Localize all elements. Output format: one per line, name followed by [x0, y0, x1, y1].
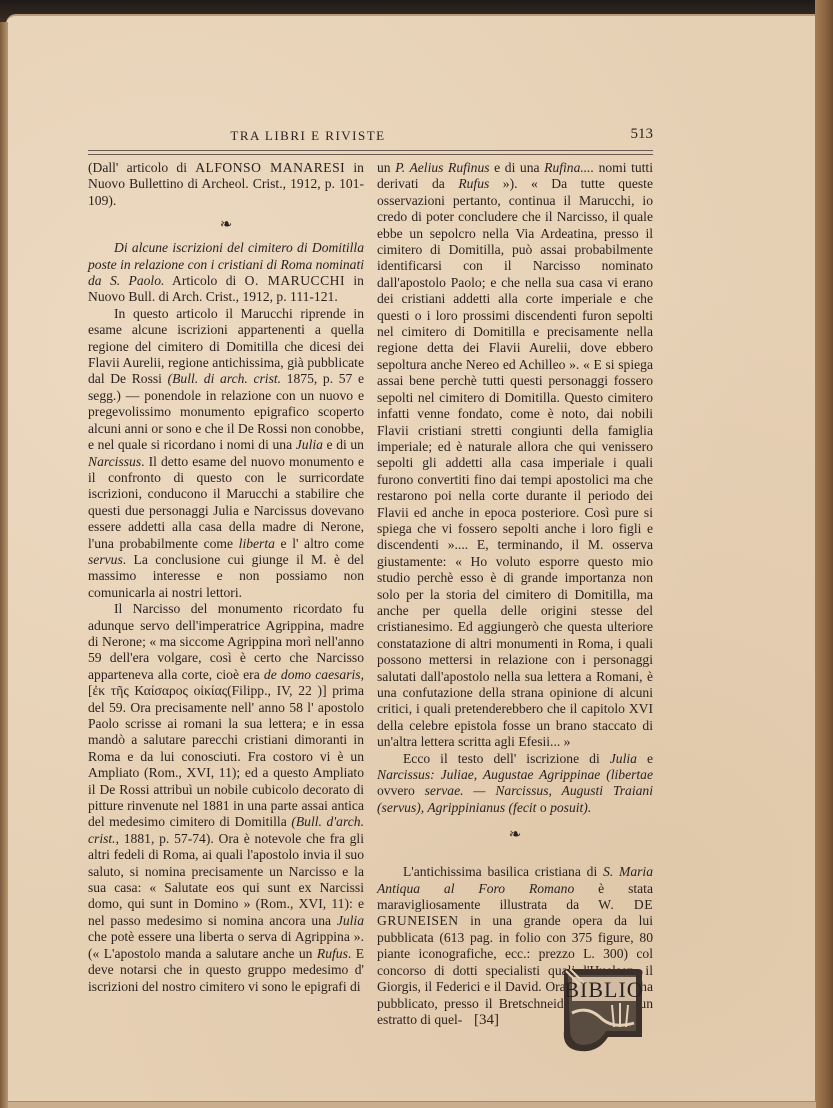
article-entry-marucchi: Di alcune iscrizioni del cimitero di Dom…	[88, 240, 364, 306]
page-right-edge	[815, 0, 833, 1108]
citation-paragraph: (Dall' articolo di ALFONSO MANARESI in N…	[88, 160, 364, 209]
signature-folio: [34]	[474, 1012, 499, 1029]
page-left-edge	[0, 22, 8, 1108]
running-head: TRA LIBRI E RIVISTE 513	[88, 128, 653, 148]
library-stamp-icon: BIBLIO	[558, 965, 646, 1057]
running-title: TRA LIBRI E RIVISTE	[88, 128, 528, 144]
author-name: ALFONSO MANARESI	[195, 160, 345, 175]
header-double-rule	[88, 150, 653, 155]
inscription-paragraph: Ecco il testo dell' iscrizione di Julia …	[377, 751, 653, 817]
fleuron-ornament-icon: ❧	[377, 826, 653, 844]
body-paragraph: In questo articolo il Marucchi riprende …	[88, 306, 364, 601]
author-name: O. MARUCCHI	[245, 273, 345, 288]
body-paragraph: un P. Aelius Rufinus e di una Rufina....…	[377, 160, 653, 751]
fleuron-ornament-icon: ❧	[88, 216, 364, 234]
page-number: 513	[631, 126, 654, 143]
body-paragraph: Il Narcisso del monumento ricordato fu a…	[88, 601, 364, 995]
page-bottom-edge	[8, 1101, 816, 1108]
left-column: (Dall' articolo di ALFONSO MANARESI in N…	[88, 160, 364, 995]
right-column: un P. Aelius Rufinus e di una Rufina....…	[377, 160, 653, 1028]
